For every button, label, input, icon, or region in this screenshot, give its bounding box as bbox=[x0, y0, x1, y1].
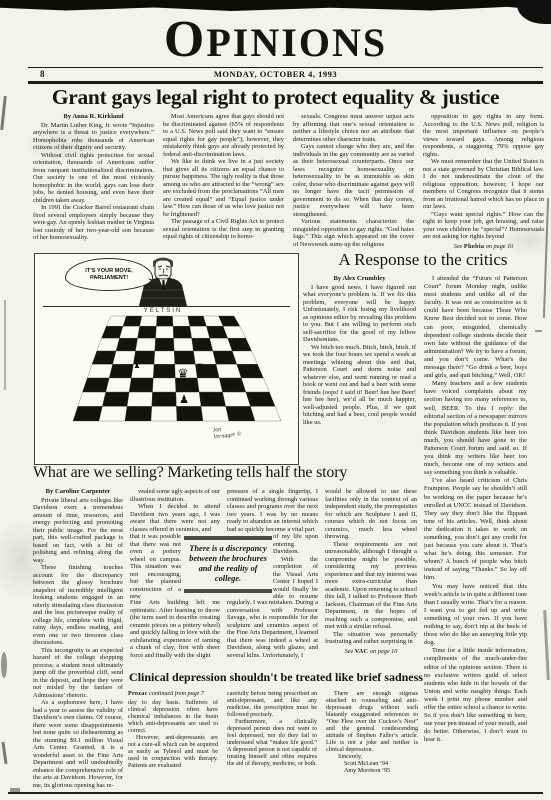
jump-rest: on page 10 bbox=[370, 648, 398, 655]
article-paragraph: However, anti-depressants are not a cure… bbox=[128, 735, 218, 770]
chess-piece-pawn: ♟ bbox=[132, 381, 140, 391]
newspaper-page: OPINIONS 8 MONDAY, OCTOBER 4, 1993 Grant… bbox=[0, 0, 551, 800]
lead-article-col-4: opposition to gay rights in any form. Ac… bbox=[423, 113, 544, 253]
masthead-rule-thick bbox=[28, 81, 543, 84]
article-paragraph: Most Americans agree that gays should no… bbox=[163, 113, 284, 158]
article-paragraph: pressure of a single fingertip, I contin… bbox=[227, 488, 318, 533]
clinical-col-1: Prozac continued from page 7 day to day … bbox=[128, 691, 218, 791]
selling-col-1: By Caroline Carpenter Private liberal ar… bbox=[33, 488, 123, 796]
speech-bubble: IT’S YOUR MOVE, PARLIAMENT! bbox=[65, 258, 153, 291]
article-paragraph: day to day basis. Sufferers of clinical … bbox=[128, 700, 218, 735]
continued-rest: continued from page 7 bbox=[149, 691, 204, 697]
clinical-headline: Clinical depression shouldn't be treated… bbox=[126, 668, 426, 686]
article-paragraph: There are enough stigmas attached to cou… bbox=[326, 691, 418, 754]
section-title: OPINIONS bbox=[0, 14, 551, 69]
byline: By Alex Crumbley bbox=[303, 275, 416, 283]
continued-line: Prozac continued from page 7 bbox=[128, 691, 218, 698]
scan-artifact bbox=[4, 300, 6, 390]
article-paragraph: Fine Arts building left me optimistic. A… bbox=[130, 599, 220, 659]
scan-artifact bbox=[1, 652, 7, 678]
article-paragraph: We bitch too much. Bitch, bitch, bitch. … bbox=[303, 344, 416, 427]
byline: By Anna R. Kirkland bbox=[33, 113, 154, 121]
speech-text: IT’S YOUR MOVE, PARLIAMENT! bbox=[68, 268, 150, 282]
article-paragraph: Private liberal arts colleges like David… bbox=[33, 497, 123, 565]
lead-article-col-2: Most Americans agree that gays should no… bbox=[163, 113, 284, 253]
lead-headline: Grant gays legal right to protect equali… bbox=[14, 85, 537, 110]
scan-artifact bbox=[535, 330, 542, 332]
jump-line: See VAC on page 10 bbox=[325, 648, 417, 656]
selling-headline: What are we selling? Marketing tells hal… bbox=[33, 462, 421, 484]
lead-article: By Anna R. Kirkland Dr. Martin Luther Ki… bbox=[33, 113, 544, 253]
pull-quote: There is a discrepancy between the broch… bbox=[184, 536, 272, 593]
wrap-text-segment: of my life upon entering Davidson. With … bbox=[273, 533, 318, 599]
article-paragraph: would be allowed to use these facilities… bbox=[325, 488, 417, 541]
chess-piece-pawn: ♟ bbox=[179, 393, 189, 406]
jump-see: See bbox=[345, 648, 354, 655]
article-paragraph: Without civil rights protection for sexu… bbox=[33, 152, 154, 205]
wrap-text-segment: that it was possible that there was not … bbox=[130, 533, 181, 599]
article-paragraph: sexuals. Congress must answer unjust act… bbox=[293, 113, 414, 143]
letter-signatory: Scott McLean ’94 bbox=[326, 761, 418, 768]
scan-artifact bbox=[0, 96, 7, 130]
lead-article-col-3: sexuals. Congress must answer unjust act… bbox=[293, 113, 414, 253]
lead-article-col-1: By Anna R. Kirkland Dr. Martin Luther Ki… bbox=[33, 113, 154, 253]
response-col-1: By Alex Crumbley I have good news. I hav… bbox=[303, 275, 416, 463]
chess-piece-queen: ♛ bbox=[177, 367, 189, 382]
article-paragraph: “Gays want special rights.” How can the … bbox=[423, 211, 544, 241]
byline: By Caroline Carpenter bbox=[33, 488, 123, 496]
article-paragraph: that it was possible that there was not … bbox=[130, 533, 181, 599]
article-paragraph: In 1991 the Cracker Barrel restaurant ch… bbox=[33, 204, 154, 242]
chess-piece-rook: ♜ bbox=[196, 363, 204, 373]
scan-artifact bbox=[543, 610, 550, 680]
article-paragraph: We must remember that the United States … bbox=[423, 158, 544, 211]
letter-signatory: Amy Morrison ’95 bbox=[326, 768, 418, 775]
yeltsin-label: YELTSIN bbox=[123, 308, 203, 314]
article-paragraph: Furthermore, a clinically depressed pers… bbox=[227, 719, 317, 768]
article-paragraph: These requirements are not unreasonable,… bbox=[325, 541, 417, 631]
response-headline: A Response to the critics bbox=[300, 249, 546, 271]
article-paragraph: I attended the “Future of Patterson Cour… bbox=[424, 275, 527, 380]
article-paragraph: of my life upon entering Davidson. bbox=[273, 533, 318, 556]
selling-col-4: would be allowed to use these facilities… bbox=[325, 488, 417, 664]
cartoon-table-edge bbox=[43, 306, 290, 307]
article-paragraph: When I decided to attend Davidson two ye… bbox=[130, 503, 220, 533]
chess-piece-knight: ♞ bbox=[224, 381, 234, 394]
article-paragraph: opposition to gay rights in any form. Ac… bbox=[423, 113, 544, 158]
article-paragraph: vealed some ugly aspects of our illustri… bbox=[130, 488, 220, 503]
article-paragraph: regularly. I was mistaken. During a conv… bbox=[227, 599, 318, 659]
article-paragraph: These finishing touches account for the … bbox=[33, 564, 123, 647]
article-paragraph: I’ve also heard criticism of Chris Framp… bbox=[424, 477, 527, 582]
bottom-rule bbox=[8, 792, 543, 794]
clinical-col-2: carefully before being prescribed an ant… bbox=[227, 691, 317, 791]
article-paragraph: Many teachers and a few students have vo… bbox=[424, 380, 527, 477]
chess-piece-bishop: ♝ bbox=[132, 358, 142, 371]
scan-artifact bbox=[1, 742, 7, 764]
article-paragraph: We like to think we live in a just socie… bbox=[163, 158, 284, 218]
article-paragraph: The passage of a Civil Rights Act to pro… bbox=[163, 218, 284, 241]
article-paragraph: Time for a little inside information, co… bbox=[424, 647, 527, 744]
article-paragraph: The situation was personally frustrating… bbox=[325, 631, 417, 646]
letter-closing: Sincerely, bbox=[326, 754, 418, 761]
article-paragraph: I have good news. I have figured out wha… bbox=[303, 284, 416, 344]
continued-name: Prozac bbox=[128, 691, 148, 697]
article-paragraph: This incongruity is an expected hazard o… bbox=[33, 647, 123, 700]
article-paragraph: carefully before being prescribed an ant… bbox=[227, 691, 317, 719]
response-col-2: I attended the “Future of Patterson Cour… bbox=[424, 275, 527, 791]
editorial-cartoon: IT’S YOUR MOVE, PARLIAMENT! YELTSIN ♝ ♜ … bbox=[34, 253, 299, 465]
clinical-col-3: There are enough stigmas attached to cou… bbox=[326, 691, 418, 791]
article-paragraph: Gays cannot change who they are, and the… bbox=[293, 143, 414, 218]
article-paragraph: As a sophomore here, I have had a year t… bbox=[33, 699, 123, 789]
dateline: MONDAY, OCTOBER 4, 1993 bbox=[0, 69, 551, 79]
jump-ref: VAC bbox=[355, 648, 369, 655]
article-paragraph: Dr. Martin Luther King, Jr. wrote “Injus… bbox=[33, 122, 154, 152]
masthead-rule-thin bbox=[28, 67, 543, 68]
article-paragraph: Various statements characterize the misg… bbox=[293, 218, 414, 248]
scan-artifact-top-bar bbox=[0, 0, 551, 11]
article-paragraph: You may have noticed that this week’s ar… bbox=[424, 583, 527, 648]
article-paragraph: With the completion of the Visual Arts C… bbox=[273, 556, 318, 600]
